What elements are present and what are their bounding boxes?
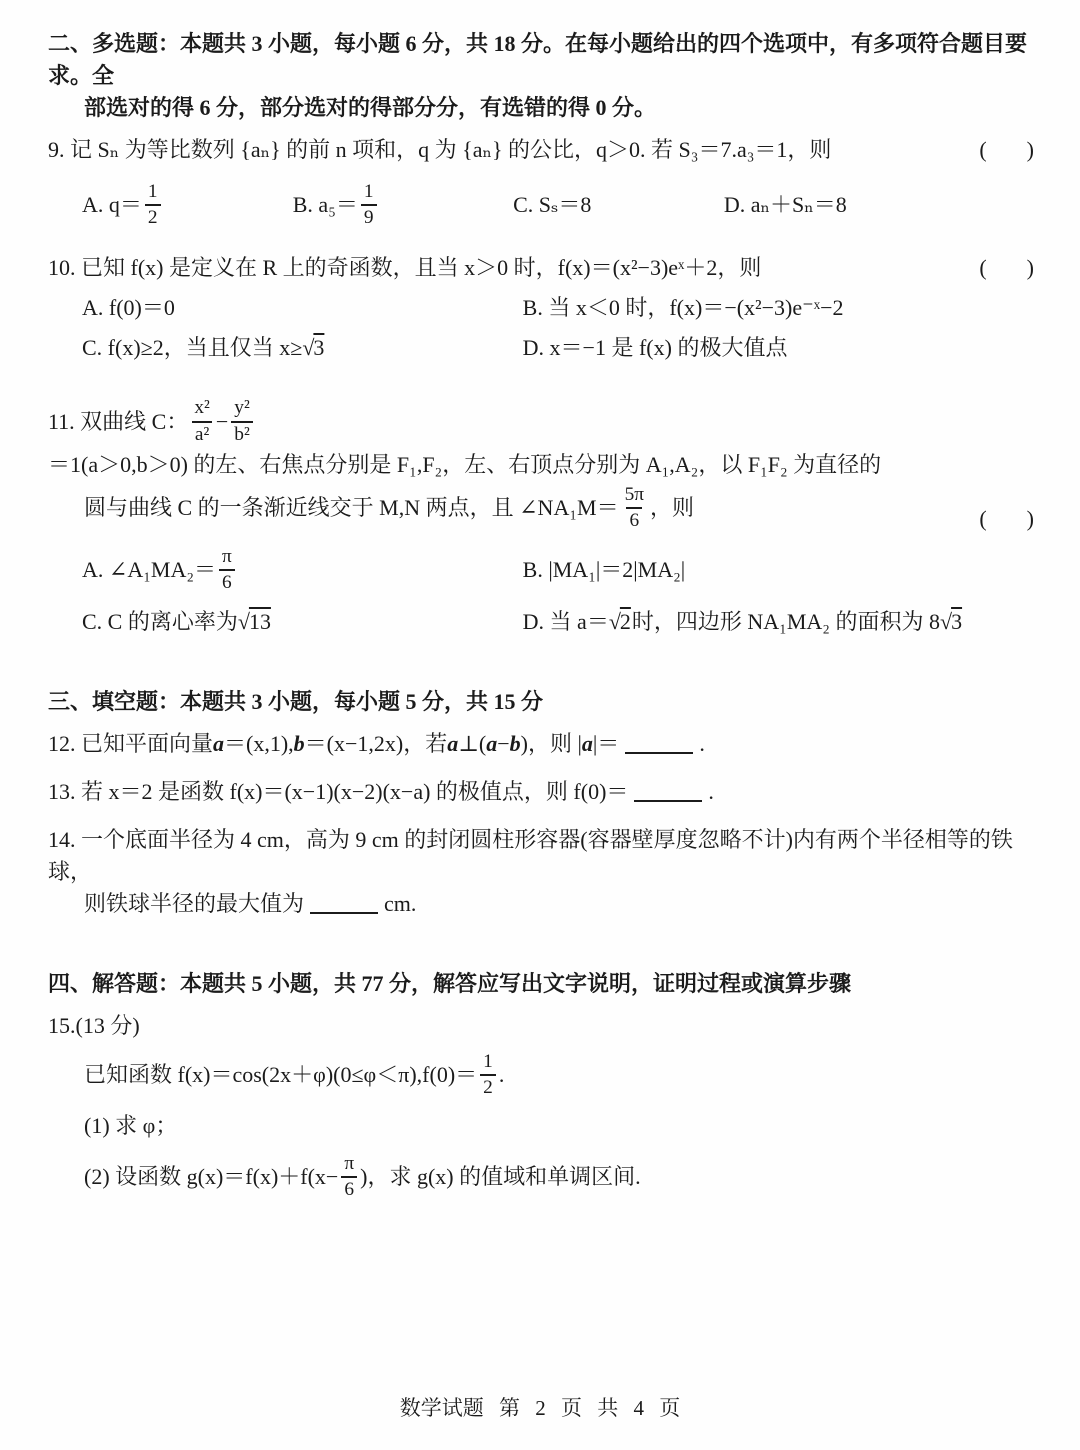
question-11-option-b: B. |MA₁|＝2|MA₂| <box>523 543 1040 597</box>
question-11-stem-line2: 圆与曲线 C 的一条渐近线交于 M,N 两点，且 ∠NA₁M＝5π6，则 <box>48 481 967 535</box>
question-15-heading: 15.(13 分) <box>48 1010 1040 1042</box>
question-10: 10. 已知 f(x) 是定义在 R 上的奇函数，且当 x＞0 时，f(x)＝(… <box>48 252 1040 364</box>
question-9-option-d: D. aₙ＋Sₙ＝8 <box>724 189 1040 221</box>
question-11-answer-brackets: () <box>967 503 1040 535</box>
question-11-option-a: A. ∠A₁MA₂＝π6 <box>82 543 523 597</box>
question-15-part2: (2) 设函数 g(x)＝f(x)＋f(x−π6)，求 g(x) 的值域和单调区… <box>48 1150 641 1204</box>
question-9-options: A. q＝12 B. a₅＝19 C. Sₛ＝8 D. aₙ＋Sₙ＝8 <box>82 178 1040 232</box>
close-bracket: ) <box>1027 503 1034 535</box>
open-bracket: ( <box>979 503 986 535</box>
question-10-answer-brackets: () <box>967 252 1040 284</box>
question-14-stem-line1: 14. 一个底面半径为 4 cm，高为 9 cm 的封闭圆柱形容器(容器壁厚度忽… <box>48 824 1040 888</box>
question-12: 12. 已知平面向量 a＝(x,1),b＝(x−1,2x)，若 a⊥(a−b)，… <box>48 728 1040 760</box>
question-11-options: A. ∠A₁MA₂＝π6 B. |MA₁|＝2|MA₂| C. C 的离心率为 … <box>82 543 1040 637</box>
question-9-answer-brackets: () <box>967 134 1040 166</box>
close-bracket: ) <box>1027 134 1034 166</box>
question-15: 15.(13 分) 已知函数 f(x)＝cos(2x＋φ)(0≤φ＜π),f(0… <box>48 1010 1040 1205</box>
question-13: 13. 若 x＝2 是函数 f(x)＝(x−1)(x−2)(x−a) 的极值点，… <box>48 776 1040 808</box>
question-15-given: 已知函数 f(x)＝cos(2x＋φ)(0≤φ＜π),f(0)＝12. <box>48 1048 504 1102</box>
question-10-stem: 10. 已知 f(x) 是定义在 R 上的奇函数，且当 x＞0 时，f(x)＝(… <box>48 252 967 284</box>
section-multichoice-header-line1: 二、多选题：本题共 3 小题，每小题 6 分，共 18 分。在每小题给出的四个选… <box>48 28 1040 92</box>
question-13-stem: 13. 若 x＝2 是函数 f(x)＝(x−1)(x−2)(x−a) 的极值点，… <box>48 776 714 808</box>
question-9-option-a: A. q＝12 <box>82 178 293 232</box>
question-11: 11. 双曲线 C：x²a²−y²b²＝1(a＞0,b＞0) 的左、右焦点分别是… <box>48 394 1040 637</box>
exam-paper-page: 二、多选题：本题共 3 小题，每小题 6 分，共 18 分。在每小题给出的四个选… <box>0 0 1080 1450</box>
question-14: 14. 一个底面半径为 4 cm，高为 9 cm 的封闭圆柱形容器(容器壁厚度忽… <box>48 824 1040 920</box>
question-10-option-b: B. 当 x＜0 时，f(x)＝−(x²−3)e⁻ˣ−2 <box>523 292 1040 324</box>
question-9-option-b: B. a₅＝19 <box>293 178 513 232</box>
question-9: 9. 记 Sₙ 为等比数列 {aₙ} 的前 n 项和，q 为 {aₙ} 的公比，… <box>48 134 1040 232</box>
question-10-option-a: A. f(0)＝0 <box>82 292 523 324</box>
section-solution-header: 四、解答题：本题共 5 小题，共 77 分，解答应写出文字说明，证明过程或演算步… <box>48 968 1040 1000</box>
section-multichoice-header: 二、多选题：本题共 3 小题，每小题 6 分，共 18 分。在每小题给出的四个选… <box>48 28 1040 124</box>
page-footer: 数学试题 第 2 页 共 4 页 <box>0 1392 1080 1424</box>
question-11-option-c: C. C 的离心率为 √13 <box>82 606 523 638</box>
question-10-options: A. f(0)＝0 B. 当 x＜0 时，f(x)＝−(x²−3)e⁻ˣ−2 C… <box>82 292 1040 364</box>
question-14-stem-line2: 则铁球半径的最大值为 cm. <box>48 888 416 920</box>
question-9-option-c: C. Sₛ＝8 <box>513 189 724 221</box>
section-multichoice-header-line2: 部选对的得 6 分，部分选对的得部分分，有选错的得 0 分。 <box>48 92 1040 124</box>
question-12-stem: 12. 已知平面向量 a＝(x,1),b＝(x−1,2x)，若 a⊥(a−b)，… <box>48 728 705 760</box>
question-9-stem: 9. 记 Sₙ 为等比数列 {aₙ} 的前 n 项和，q 为 {aₙ} 的公比，… <box>48 134 967 166</box>
question-10-option-c: C. f(x)≥2，当且仅当 x≥√3 <box>82 332 523 364</box>
question-15-part1: (1) 求 φ； <box>48 1110 1040 1142</box>
section-fillblank-header: 三、填空题：本题共 3 小题，每小题 5 分，共 15 分 <box>48 686 1040 718</box>
open-bracket: ( <box>979 134 986 166</box>
question-11-stem-line1: 11. 双曲线 C：x²a²−y²b²＝1(a＞0,b＞0) 的左、右焦点分别是… <box>48 394 1040 480</box>
question-10-option-d: D. x＝−1 是 f(x) 的极大值点 <box>523 332 1040 364</box>
close-bracket: ) <box>1027 252 1034 284</box>
question-11-option-d: D. 当 a＝√2 时，四边形 NA₁MA₂ 的面积为 8√3 <box>523 606 1040 638</box>
open-bracket: ( <box>979 252 986 284</box>
